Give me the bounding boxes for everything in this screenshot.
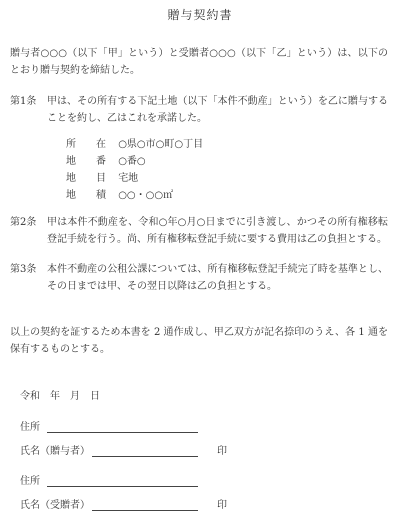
donor-name-row: 氏名（贈与者） 印	[20, 443, 388, 460]
donee-address-blank-line	[47, 486, 198, 487]
article-3: 第3条 本件不動産の公租公課については、所有権移転登記手続完了時を基準とし、その…	[10, 261, 388, 295]
donor-address-label: 住所	[20, 419, 47, 436]
property-value-land-category: 宅地	[118, 173, 138, 184]
signature-block-donor: 住所 氏名（贈与者） 印	[20, 419, 388, 460]
property-row-area: 地積 ○○・○○㎡	[66, 187, 388, 204]
preamble-paragraph: 贈与者○○○（以下「甲」という）と受贈者○○○（以下「乙」という）は、以下のとお…	[10, 45, 388, 79]
property-value-lot-number: ○番○	[118, 156, 145, 167]
property-details: 所在 ○県○市○町○丁目 地番 ○番○ 地目 宅地 地積 ○○・○○㎡	[66, 136, 388, 204]
article-2: 第2条 甲は本件不動産を、令和○年○月○日までに引き渡し、かつその所有権移転登記…	[10, 214, 388, 248]
article-1-text: 甲は、その所有する下記土地（以下「本件不動産」という）を乙に贈与することを約し、…	[47, 93, 388, 127]
donor-name-label: 氏名（贈与者）	[20, 443, 92, 460]
article-2-text: 甲は本件不動産を、令和○年○月○日までに引き渡し、かつその所有権移転登記手続を行…	[47, 214, 388, 248]
property-value-location: ○県○市○町○丁目	[118, 139, 203, 150]
closing-paragraph: 以上の契約を証するため本書を 2 通作成し、甲乙双方が記名捺印のうえ、各 1 通…	[10, 324, 388, 358]
date-line: 令和 年 月 日	[20, 388, 388, 405]
property-label-area: 地積	[66, 187, 106, 204]
donor-address-row: 住所	[20, 419, 388, 436]
donee-address-label: 住所	[20, 473, 47, 490]
donee-name-label: 氏名（受贈者）	[20, 497, 92, 514]
article-3-label: 第3条	[10, 261, 47, 295]
donor-seal-mark: 印	[217, 443, 227, 460]
signature-block-donee: 住所 氏名（受贈者） 印	[20, 473, 388, 514]
article-1-label: 第1条	[10, 93, 47, 127]
article-3-text: 本件不動産の公租公課については、所有権移転登記手続完了時を基準とし、その日までは…	[47, 261, 388, 295]
property-row-location: 所在 ○県○市○町○丁目	[66, 136, 388, 153]
gift-contract-document: 贈与契約書 贈与者○○○（以下「甲」という）と受贈者○○○（以下「乙」という）は…	[0, 0, 400, 525]
donee-name-row: 氏名（受贈者） 印	[20, 497, 388, 514]
donor-name-blank-line	[92, 456, 198, 457]
document-title: 贈与契約書	[0, 0, 400, 24]
donee-name-blank-line	[92, 510, 198, 511]
donor-address-blank-line	[47, 432, 198, 433]
article-1: 第1条 甲は、その所有する下記土地（以下「本件不動産」という）を乙に贈与すること…	[10, 93, 388, 127]
property-row-land-category: 地目 宅地	[66, 170, 388, 187]
property-label-lot-number: 地番	[66, 153, 106, 170]
property-row-lot-number: 地番 ○番○	[66, 153, 388, 170]
article-2-label: 第2条	[10, 214, 47, 248]
donee-address-row: 住所	[20, 473, 388, 490]
property-value-area: ○○・○○㎡	[118, 190, 173, 201]
property-label-land-category: 地目	[66, 170, 106, 187]
property-label-location: 所在	[66, 136, 106, 153]
donee-seal-mark: 印	[217, 497, 227, 514]
